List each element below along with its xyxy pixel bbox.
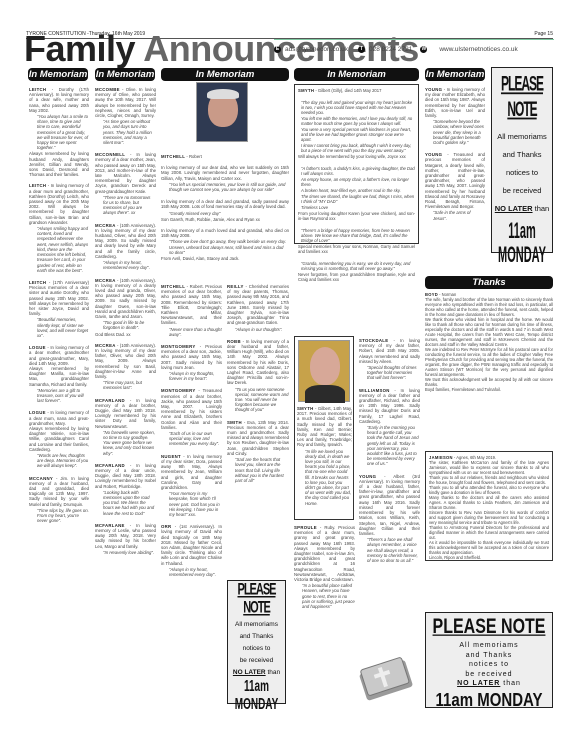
notice-verse: "Never more than a thought away". (161, 327, 222, 337)
divider (274, 39, 554, 40)
notice-reilly: REILLY - Cherished memories of my dear p… (227, 284, 289, 332)
notice-verse: "Sad are the hearts that loved you, sile… (227, 457, 289, 483)
notice-verse: "Time slips by, life goes on. From my he… (29, 508, 89, 524)
notice-heading: PLEASE NOTE (426, 616, 552, 639)
column-4b: SPROULE - Ruby. Precious memories of a d… (294, 525, 355, 610)
notice-mccombe: MCCOMBE - Olive. In loving memory of Oli… (95, 87, 156, 145)
column-6: YOUNG - In loving memory of my dear moth… (425, 87, 485, 222)
notice-stockdale: STOCKDALE - In loving memory of my dear … (359, 338, 420, 381)
notice-text: In loving memory of our dear dad, who we… (161, 165, 289, 181)
notice-mccrea-1: MCCREA - (10th Anniversary). In loving m… (95, 223, 156, 271)
notice-leitch-3: LEITCH - (17th Anniversary) Precious mem… (29, 280, 89, 338)
notice-sproule: SPROULE - Ruby. Precious memories of a d… (294, 525, 355, 609)
notice-mccanny: MCCANNY - Jim. In loving memory of a dea… (29, 476, 89, 524)
notice-text: - In loving memory of a dear father and … (359, 388, 420, 424)
column-1: LEITCH - Dorothy (17th Anniversary). In … (29, 87, 89, 524)
notice-text: - (17th Anniversary) Precious memories o… (29, 280, 89, 316)
notice-robb: ROBB - In loving memory of a dear husban… (227, 339, 289, 413)
notice-signoff: From Avril, David, Alan, Stacey and Jack… (161, 256, 289, 261)
smyth-photo (298, 340, 350, 402)
page-number: Page 15 (534, 31, 553, 37)
web-link[interactable]: www.ulsternetnotices.co.uk (439, 46, 517, 53)
notice-montgomery-1: MONTGOMERY - Precious memories of a dear… (161, 344, 222, 381)
notice-text: - Robert (185, 154, 202, 159)
face-shape (310, 347, 340, 385)
notice-verse: "In life we loved you dearly dad, in dea… (297, 449, 352, 506)
thanks-paragraph: Many thanks to the doctors and all the c… (429, 495, 549, 510)
notice-mitchell-2: MITCHELL - Robert. Precious memories of … (161, 284, 222, 337)
thanks-paragraph: We are indebted to Rev Peter McIntyre fo… (425, 347, 553, 377)
notice-text: - In loving memory of a dear husband and… (227, 339, 289, 386)
notice-text: - Gilbert, 14th May, 2017. Precious memo… (297, 406, 352, 447)
notice-verse: "Too good in life to be forgotten in dea… (95, 320, 156, 330)
thanks-paragraph: The wife, family and brother of the late… (425, 297, 553, 317)
mitchell-photo (196, 82, 248, 142)
notice-body: All memoriams and Thanks notices to be r… (228, 619, 285, 679)
notice-line: be received (492, 182, 552, 200)
notice-text: - Treasured and precious memories of Mar… (425, 152, 485, 209)
notice-verse: "You always has a smile to share, time t… (29, 114, 89, 150)
notice-verse: "Early in the morning you heard a gentle… (359, 425, 420, 467)
notice-verse: "Safe in the arms of Jesus". (425, 210, 485, 220)
notice-verse: "As time goes on without you, and days t… (95, 119, 156, 145)
notice-line: and Thanks (492, 146, 552, 164)
notice-deadline: NO LATER (495, 204, 533, 213)
notice-mccrea-2: MCCREA - (10th Anniversary). In loving m… (95, 278, 156, 337)
notice-verse: The times we shared, the laughs we had, … (298, 194, 415, 204)
notice-williamson: WILLIAMSON - In loving memory of a dear … (359, 388, 420, 467)
notice-signoff: Will always be remembered by your loving… (298, 154, 415, 159)
notice-text: - In loving memory of my dear mother Eli… (425, 87, 485, 118)
notice-young-albert: YOUNG - Albert (3rd Anniversary). In lov… (359, 474, 420, 563)
notice-line: than (266, 669, 280, 676)
notice-name: SMYTH (298, 88, 314, 93)
notice-text: - Robert. Precious memories of our dear … (161, 284, 222, 325)
notice-text: - Gilbert (Gilly), died 14th May 2017 (314, 88, 381, 93)
section-header-memoriam-2: In Memoriam (95, 68, 155, 81)
section-header-thanks: Thanks (425, 276, 553, 289)
notice-text: - Cherished memories of my dear parents,… (227, 284, 289, 325)
thanks-paragraph: The sister, Kathleen McCarron and family… (429, 460, 549, 475)
please-note-box-1: PLEASE NOTE All memoriams and Thanks not… (227, 580, 286, 704)
thanks-paragraph: Thanks to Armstrong Funeral Directors fo… (429, 525, 549, 540)
notice-text: - Olive. In loving memory of Olive, who … (95, 87, 156, 118)
notice-body: All memoriams and Thanks notices to be r… (426, 641, 552, 689)
notice-verse: "Somewhere beyond the rainbow, where lov… (425, 119, 485, 145)
email-icon: E (274, 46, 281, 53)
notice-leitch-1: LEITCH - Dorothy (17th Anniversary). In … (29, 87, 89, 177)
notice-mcfarlane: MCFARLANE - In loving memory of Leslie, … (95, 523, 156, 555)
notice-text: - Albert (3rd Anniversary). In loving me… (359, 474, 420, 536)
notice-text: - Treasured memories of a dear brother, … (161, 388, 222, 429)
notice-verse: You were a very special person with kind… (298, 127, 415, 142)
column-3b: REILLY - Cherished memories of my dear p… (227, 284, 289, 484)
thanks-paragraph: Thank you to all our relatives, friends … (429, 475, 549, 485)
notice-verse: "Time may pass, but memories last". (95, 380, 156, 390)
notice-verse: "Always smiling happy and content, loved… (29, 226, 89, 273)
bible-icon (357, 653, 417, 706)
notice-verse: "Always in my thoughts, forever in my he… (161, 371, 222, 381)
section-header-memoriam-5: In Memoriam (425, 68, 485, 81)
notice-line: be received (228, 655, 285, 667)
notice-time: 11am MONDAY (492, 220, 552, 268)
notice-line: than (533, 204, 550, 213)
hair-shape (207, 89, 239, 99)
thanks-paragraph: Thank you to all who attended the funera… (429, 485, 549, 495)
thanks-boyd: BOYD - Norman The wife, family and broth… (425, 292, 553, 392)
notice-verse: "There are no tomorrows for us to share,… (95, 195, 156, 216)
notice-line: All memoriams (228, 619, 285, 631)
notice-young-margaret: YOUNG - Treasured and precious memories … (425, 152, 485, 221)
notice-line: notices to (492, 164, 552, 182)
notice-signoff: Never forgotten, from your grandchildren… (298, 272, 415, 282)
notice-text: - Jim. In loving memory of a dear husban… (29, 476, 89, 507)
thanks-paragraph: We trust this acknowledgment will be acc… (425, 377, 553, 387)
notice-text: - In loving memory of a dear brother, Du… (95, 398, 156, 429)
notice-verse: "Your memory is my keepsake, from which … (161, 491, 222, 517)
phone-icon: T (358, 46, 365, 53)
notice-text: - In loving memory of my dear sister, Do… (161, 454, 222, 490)
notice-heading: PLEASE NOTE (492, 71, 552, 121)
thanks-signoff: Boyd families, Fivemiletown and Tulnafoi… (425, 387, 553, 392)
notice-verse: "Beautiful memories, silently kept, of s… (29, 317, 89, 338)
notice-verse: "Memories are a gift to treasure, ours o… (29, 388, 89, 404)
notice-signoff: Always remembered by daughter Marilla, s… (29, 366, 89, 387)
notice-verse: "Words are few, thoughts are deep. Memor… (29, 453, 89, 469)
notice-young-elizabeth: YOUNG - In loving memory of my dear moth… (425, 87, 485, 145)
notice-mcconnell: MCCONNELL - In loving memory of a dear m… (95, 152, 156, 215)
notice-smith: SMITH - Eva, 13th May 2014. Precious mem… (227, 420, 289, 483)
notice-text: - Ruby. Precious memories of a dear mum,… (294, 525, 355, 582)
notice-mcfarland-2: MCFARLAND - In loving memory of a dear u… (95, 463, 156, 516)
column-5: STOCKDALE - In loving memory of my dear … (359, 338, 420, 564)
notice-logue-2: LOGUE - In loving memory of a dear mum, … (29, 410, 89, 468)
notice-orr: ORR - (1st Anniversary). In loving memor… (161, 524, 222, 577)
mitchell-notice: MITCHELL - Robert In loving memory of ou… (161, 154, 289, 261)
notice-text: In loving memory of a dear dad and grand… (161, 199, 289, 209)
thanks-paragraph: We thank those who visited him in hospit… (425, 317, 553, 347)
notice-verse: "Looking back with memories upon the roa… (95, 490, 156, 516)
notice-verse: Timeless Love (298, 205, 415, 210)
notice-verse: "A father's touch, a daddy's kiss, a gri… (298, 166, 415, 176)
email-link[interactable]: ads@tyronecon.co.uk (285, 46, 348, 53)
notice-time: 11am MONDAY (228, 678, 285, 713)
notice-verse: "Greatly missed every day" (161, 211, 289, 216)
web-icon: W (420, 46, 427, 53)
notice-verse: I know I cannot bring you back, although… (298, 143, 415, 153)
notice-verse: "There's a bridge of happy memories, fro… (298, 228, 415, 243)
notice-verse: "Always in my heart, remembered every da… (95, 260, 156, 270)
notice-line: notices to (426, 660, 552, 670)
smyth-notice-2: SMYTH - Gilbert, 14th May, 2017. Preciou… (297, 406, 352, 507)
notice-signoff: Special memories from your sons, Norman,… (298, 244, 415, 254)
notice-mccrea-3: MCCREA - (10th Anniversary). In loving m… (95, 343, 156, 391)
notice-line: All memoriams (492, 128, 552, 146)
notice-signoff: From your loving daughter Karen (your we… (298, 211, 415, 221)
notice-verse: "Each of us in our own special way, love… (161, 431, 222, 447)
section-header-memoriam-1: In Memoriam (28, 68, 88, 81)
notice-signoff: Always remembered by loving daughter Val… (29, 426, 89, 452)
please-note-box-2: PLEASE NOTE All memoriams and Thanks not… (491, 67, 553, 253)
notice-verse: "You left us special memories, your love… (161, 182, 289, 192)
section-header-memoriam-3: In Memoriam (161, 68, 289, 81)
thanks-signoff: Lincoln, Ripon and Sheffield. (429, 555, 549, 560)
notice-line: than (500, 680, 521, 687)
notice-verse: "Always in our thoughts". (227, 327, 289, 332)
please-note-box-3: PLEASE NOTE All memoriams and Thanks not… (425, 612, 553, 708)
notice-text: - In loving memory of a dear mother, Jea… (95, 152, 156, 193)
notice-verse: "There's a face we shall always remember… (359, 537, 420, 563)
notice-line: notices to (228, 643, 285, 655)
notice-verse: A broken heart, tear-filled eye, another… (298, 188, 415, 193)
notice-signoff: Always remembered by loving husband Andy… (29, 151, 89, 177)
notice-leitch-2: LEITCH - In loving memory of a dear mum … (29, 183, 89, 272)
thanks-paragraph: Sincere thanks to Rev. Ivan Dinsmore for… (429, 510, 549, 525)
notice-verse: "In Heavenly love abiding". (95, 550, 156, 555)
notice-body: All memoriams and Thanks notices to be r… (492, 128, 552, 218)
phone-number: 028 8224 2721 (369, 46, 412, 53)
notice-verse: "Those we love don't go away, they walk … (161, 239, 289, 255)
notice-verse: "In a beautiful place called Heaven, whe… (294, 583, 355, 609)
notice-verse: "Always in my heart, remembered every da… (161, 567, 222, 577)
notice-line: and Thanks (228, 631, 285, 643)
thanks-jamieson-box: JAMIESON - Agnes, 6th May 2019. The sist… (425, 451, 553, 561)
column-2: MCCOMBE - Olive. In loving memory of Oli… (95, 87, 156, 556)
smyth-tribute-box: SMYTH - Gilbert (Gilly), died 14th May 2… (294, 84, 419, 244)
notice-text: - (1st Anniversary). In loving memory of… (161, 524, 222, 565)
notice-deadline: NO LATER (457, 680, 500, 687)
notice-verse: You left me with the memories, and I lov… (298, 116, 415, 126)
notice-verse: "No farewells were spoken, no time to sa… (95, 430, 156, 456)
notice-mcfarland-1: MCFARLAND - In loving memory of a dear b… (95, 398, 156, 456)
notice-verse: An empty house, an empty chair, a father… (298, 177, 415, 187)
notice-text: - Eva, 13th May 2014. Precious memories … (227, 420, 289, 456)
notice-time: 11am MONDAY (426, 690, 552, 710)
title-part-1: Family (24, 28, 135, 69)
notice-verse: "Special thoughts of times together hold… (359, 365, 420, 381)
notice-name: MITCHELL (161, 154, 185, 159)
notice-logue-1: LOGUE - In loving memory of a dear mothe… (29, 345, 89, 403)
notice-deadline: NO LATER (233, 669, 266, 676)
section-header-memoriam-4: In Memoriam (294, 68, 419, 81)
notice-line: be received (426, 670, 552, 680)
notice-text: - (10th Anniversary). In loving memory o… (95, 278, 156, 319)
notice-line: All memoriams (426, 641, 552, 651)
notice-line: and Thanks (426, 651, 552, 661)
thanks-paragraph: As it would be impossible to thank every… (429, 540, 549, 555)
notice-heading: PLEASE NOTE (228, 581, 285, 617)
notice-verse: "Granda, remembering you is easy, we do … (298, 261, 415, 271)
notice-verse: "To us you were someone special, someone… (227, 387, 289, 413)
notice-text: - (10th Anniversary). In loving memory o… (95, 223, 156, 259)
notice-montgomery-2: MONTGOMERY - Treasured memories of a dea… (161, 388, 222, 446)
notice-verse: "The day you left and gained your wings … (298, 100, 415, 115)
notice-nugent: NUGENT - In loving memory of my dear sis… (161, 454, 222, 517)
column-3a: MITCHELL - Robert. Precious memories of … (161, 284, 222, 578)
notice-text: In loving memory of a much loved dad and… (161, 228, 289, 238)
jacket-shape (305, 385, 345, 403)
contact-bar: Eads@tyronecon.co.uk T028 8224 2721 Wwww… (274, 46, 556, 53)
notice-text: - In loving memory of a dear mum and gra… (29, 183, 89, 224)
notice-text: - (10th Anniversary). In loving memory o… (95, 343, 156, 379)
